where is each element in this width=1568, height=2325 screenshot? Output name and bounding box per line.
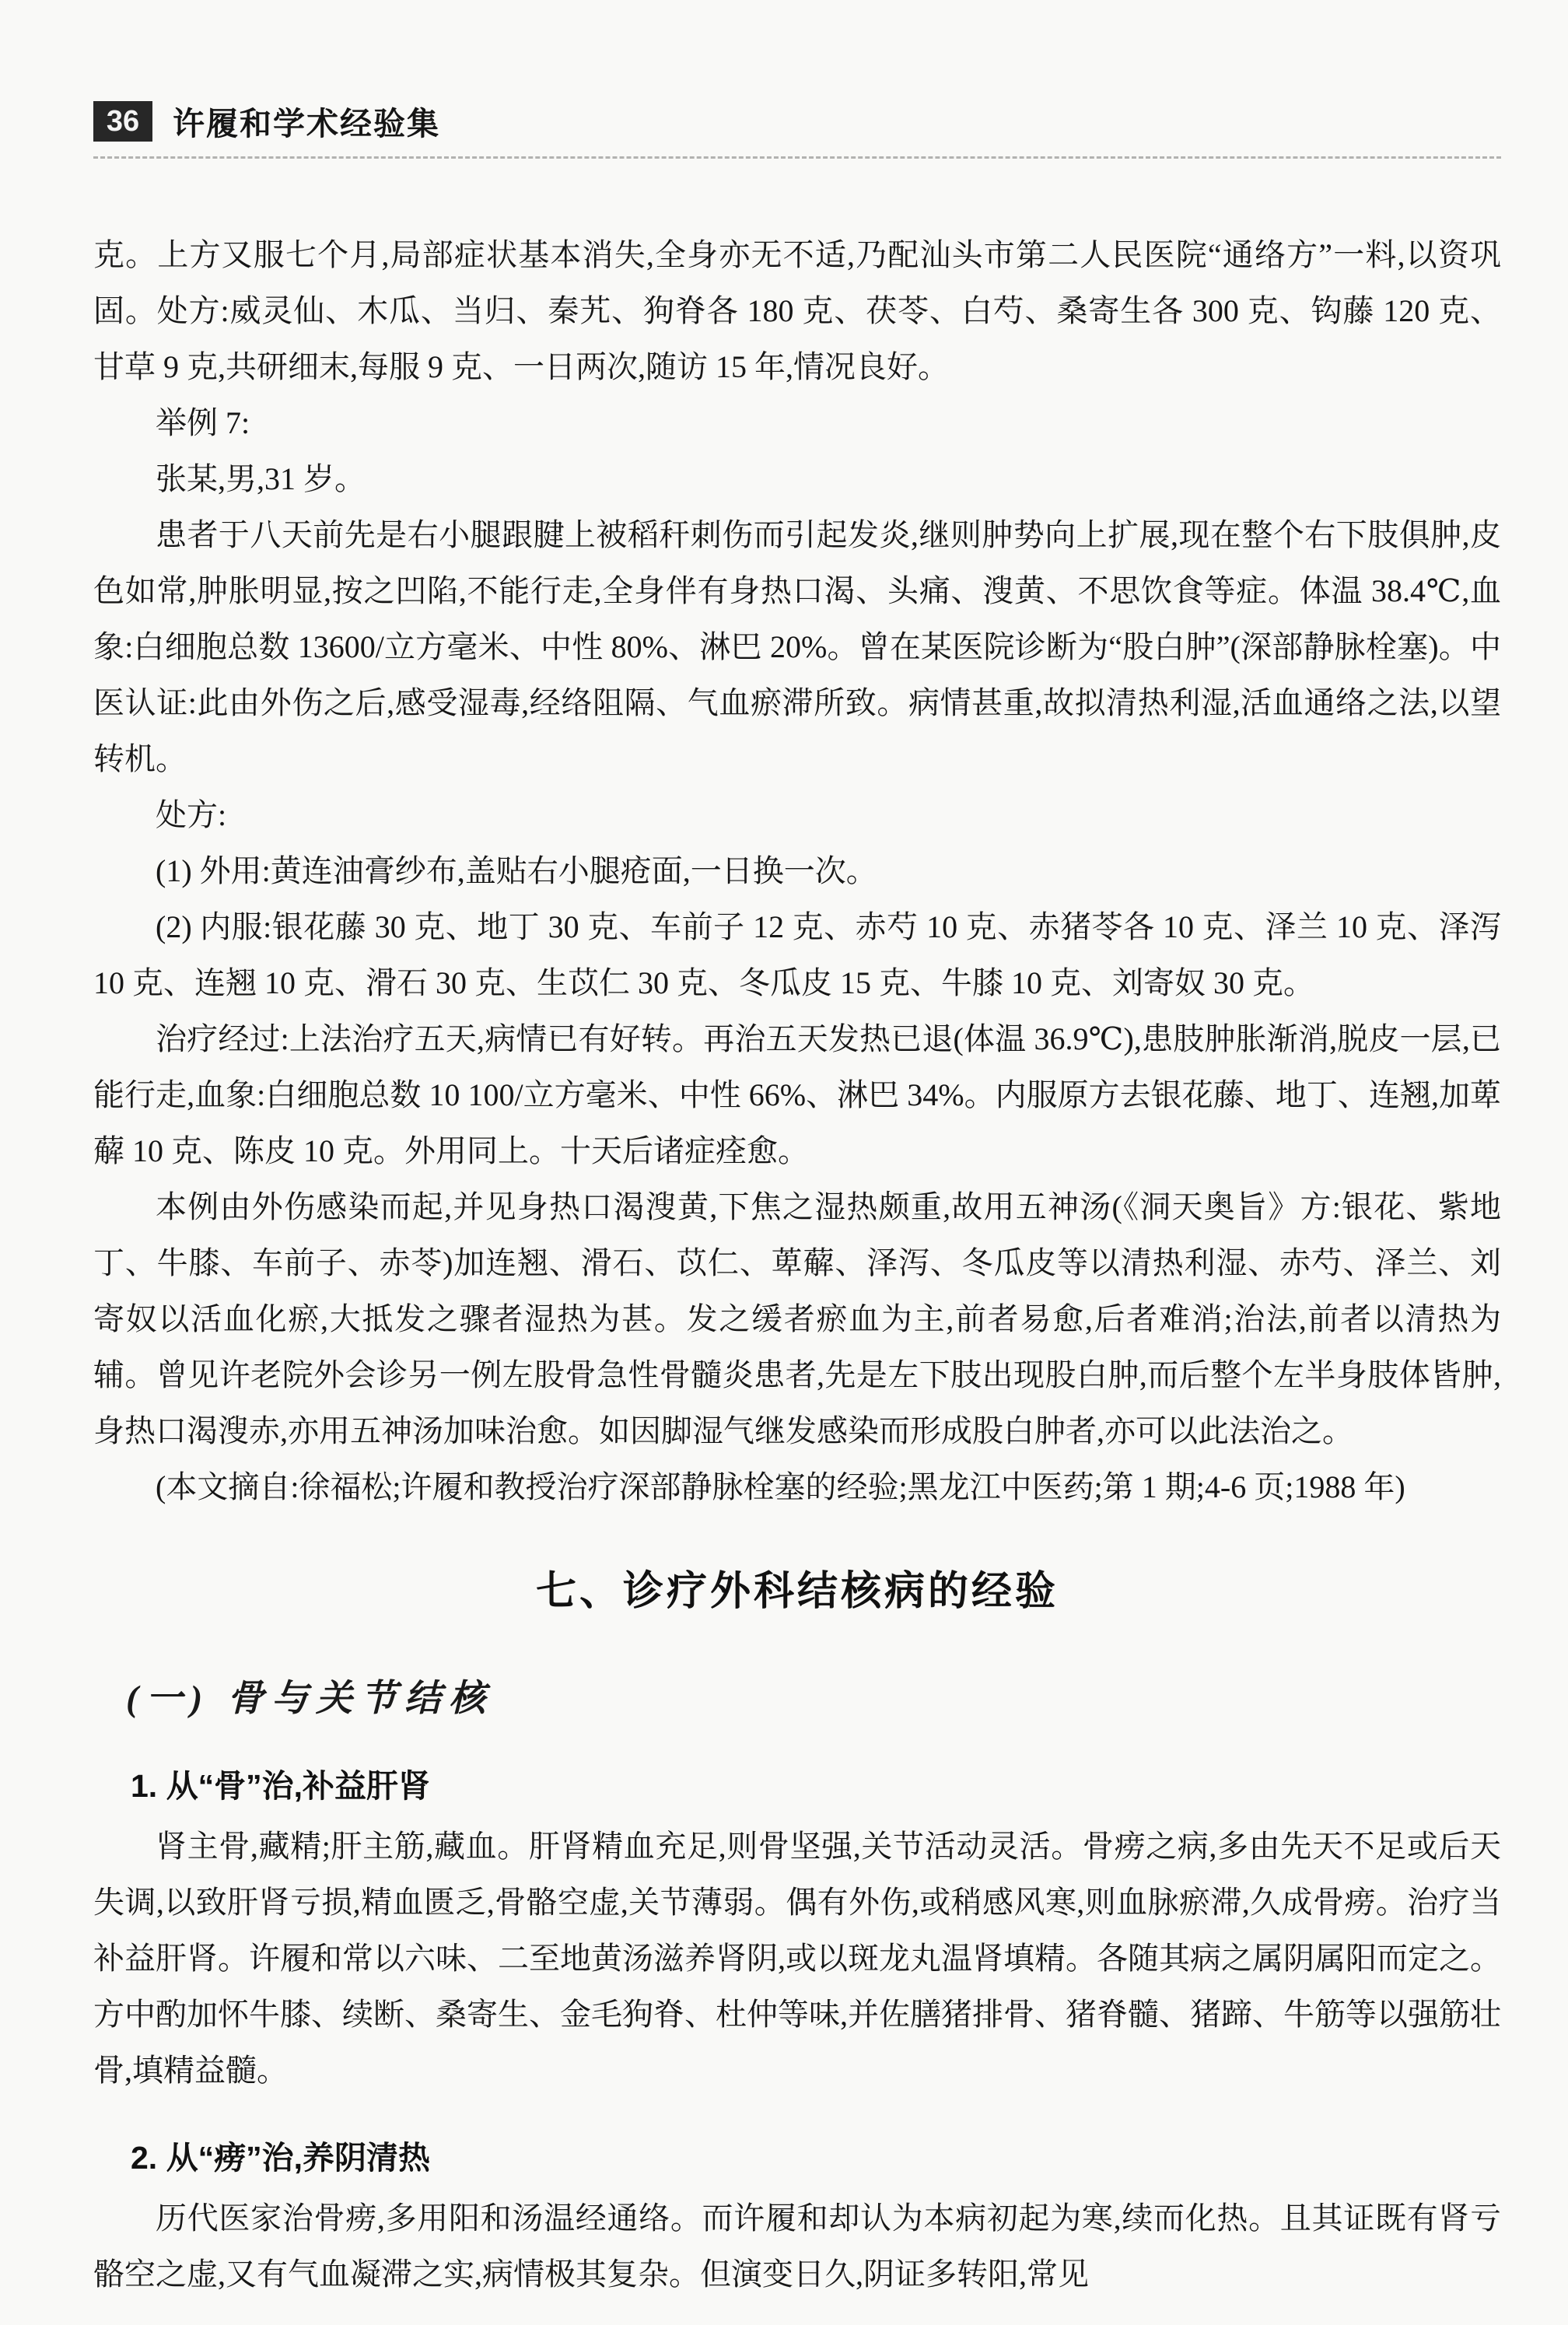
subsection-title-bone-joint-tb: (一) 骨与关节结核 [93, 1671, 1501, 1727]
book-page: 36 许履和学术经验集 克。上方又服七个月,局部症状基本消失,全身亦无不适,乃配… [0, 0, 1568, 2325]
paragraph-example7-label: 举例 7: [93, 395, 1501, 451]
header-divider [93, 156, 1501, 159]
paragraph-external-use: (1) 外用:黄连油膏纱布,盖贴右小腿疮面,一日换一次。 [93, 843, 1501, 899]
book-title: 许履和学术经验集 [173, 98, 440, 144]
heading-treat-from-lao: 2. 从“痨”治,养阴清热 [93, 2130, 1501, 2186]
paragraph-patient-info: 张某,男,31 岁。 [93, 451, 1501, 507]
paragraph-internal-use: (2) 内服:银花藤 30 克、地丁 30 克、车前子 12 克、赤芍 10 克… [93, 899, 1501, 1011]
page-number-badge: 36 [93, 101, 152, 142]
paragraph-kidney-bone-theory: 肾主骨,藏精;肝主筋,藏血。肝肾精血充足,则骨坚强,关节活动灵活。骨痨之病,多由… [93, 1819, 1501, 2099]
paragraph-source-citation: (本文摘自:徐福松;许履和教授治疗深部静脉栓塞的经验;黑龙江中医药;第 1 期;… [93, 1459, 1501, 1515]
paragraph-prescription-label: 处方: [93, 787, 1501, 843]
paragraph-case-history: 患者于八天前先是右小腿跟腱上被稻秆刺伤而引起发炎,继则肿势向上扩展,现在整个右下… [93, 507, 1501, 787]
section-title-tuberculosis: 七、诊疗外科结核病的经验 [93, 1563, 1501, 1619]
paragraph-case-discussion: 本例由外伤感染而起,并见身热口渴溲黄,下焦之湿热颇重,故用五神汤(《洞天奥旨》方… [93, 1179, 1501, 1459]
paragraph-lao-treatment: 历代医家治骨痨,多用阳和汤温经通络。而许履和却认为本病初起为寒,续而化热。且其证… [93, 2190, 1501, 2302]
paragraph-treatment-course: 治疗经过:上法治疗五天,病情已有好转。再治五天发热已退(体温 36.9℃),患肢… [93, 1011, 1501, 1179]
paragraph-case6-continuation: 克。上方又服七个月,局部症状基本消失,全身亦无不适,乃配汕头市第二人民医院“通络… [93, 227, 1501, 395]
header-row: 36 许履和学术经验集 [93, 98, 1501, 144]
running-header: 36 许履和学术经验集 [93, 98, 1501, 159]
page-body: 克。上方又服七个月,局部症状基本消失,全身亦无不适,乃配汕头市第二人民医院“通络… [93, 227, 1501, 2302]
heading-treat-from-bone: 1. 从“骨”治,补益肝肾 [93, 1758, 1501, 1814]
